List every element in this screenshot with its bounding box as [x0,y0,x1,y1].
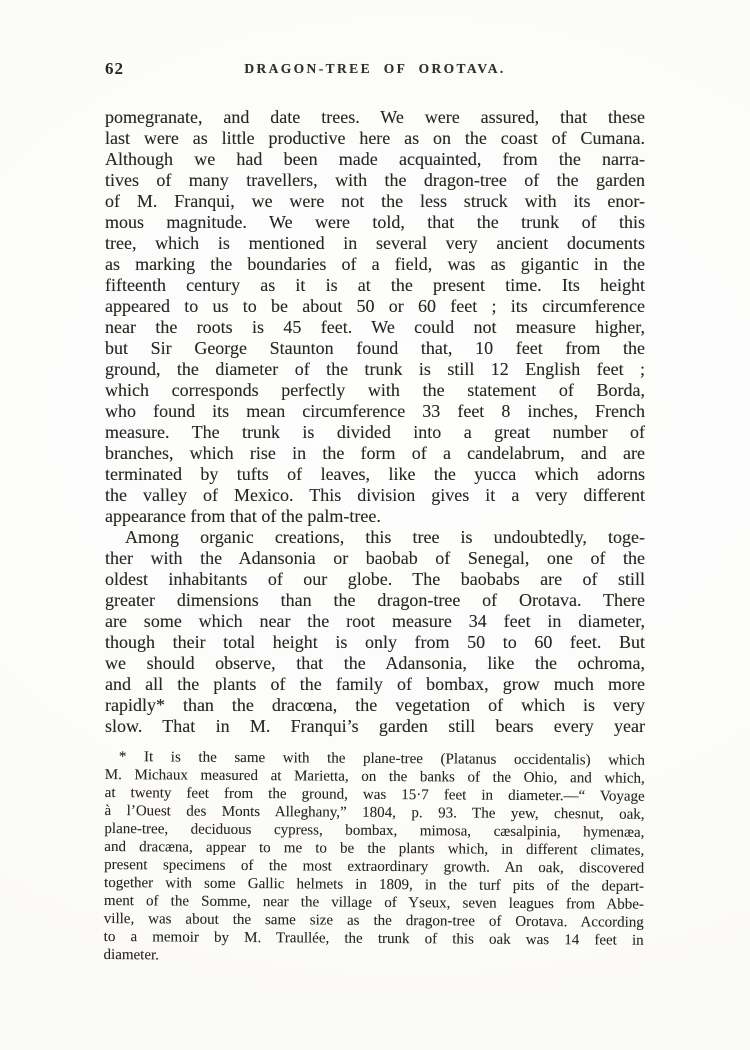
text-line: mous magnitude. We were told, that the t… [105,212,645,233]
page-number: 62 [105,60,124,78]
text-line: ther with the Adansonia or baobab of Sen… [105,548,645,569]
text-line: measure. The trunk is divided into a gre… [105,422,645,443]
text-line: Although we had been made acquainted, fr… [105,149,645,170]
text-line: we should observe, that the Adansonia, l… [105,653,645,674]
text-line: though their total height is only from 5… [105,632,645,653]
text-line: which corresponds perfectly with the sta… [105,380,645,401]
text-line: are some which near the root measure 34 … [105,611,645,632]
text-line: appeared to us to be about 50 or 60 feet… [105,296,645,317]
footnote: * It is the same with the plane-tree (Pl… [103,748,644,968]
text-column: 62 DRAGON-TREE OF OROTAVA. pomegranate, … [105,60,645,964]
text-line: terminated by tufts of leaves, like the … [105,464,645,485]
text-line: appearance from that of the palm-tree. [105,506,645,527]
text-line: tives of many travellers, with the drago… [105,170,645,191]
text-line: who found its mean circumference 33 feet… [105,401,645,422]
scanned-book-page: 62 DRAGON-TREE OF OROTAVA. pomegranate, … [0,0,750,1050]
text-line: the valley of Mexico. This division give… [105,485,645,506]
text-line: diameter. [103,946,643,968]
running-title: DRAGON-TREE OF OROTAVA. [105,60,645,78]
text-line: fifteenth century as it is at the presen… [105,275,645,296]
text-line: as marking the boundaries of a field, wa… [105,254,645,275]
text-line: but Sir George Staunton found that, 10 f… [105,338,645,359]
text-line: greater dimensions than the dragon-tree … [105,590,645,611]
text-line: rapidly* than the dracœna, the vegetatio… [105,695,645,716]
text-line: near the roots is 45 feet. We could not … [105,317,645,338]
text-line: last were as little productive here as o… [105,128,645,149]
text-line: oldest inhabitants of our globe. The bao… [105,569,645,590]
page-header: 62 DRAGON-TREE OF OROTAVA. [105,60,645,78]
text-line: ground, the diameter of the trunk is sti… [105,359,645,380]
text-line: to a memoir by M. Traullée, the trunk of… [104,928,644,950]
text-line: Among organic creations, this tree is un… [105,527,645,548]
text-line: tree, which is mentioned in several very… [105,233,645,254]
text-line: branches, which rise in the form of a ca… [105,443,645,464]
text-line: and all the plants of the family of bomb… [105,674,645,695]
text-line: slow. That in M. Franqui’s garden still … [105,716,645,737]
text-line: of M. Franqui, we were not the less stru… [105,191,645,212]
text-line: pomegranate, and date trees. We were ass… [105,107,645,128]
body-text: pomegranate, and date trees. We were ass… [105,107,645,737]
